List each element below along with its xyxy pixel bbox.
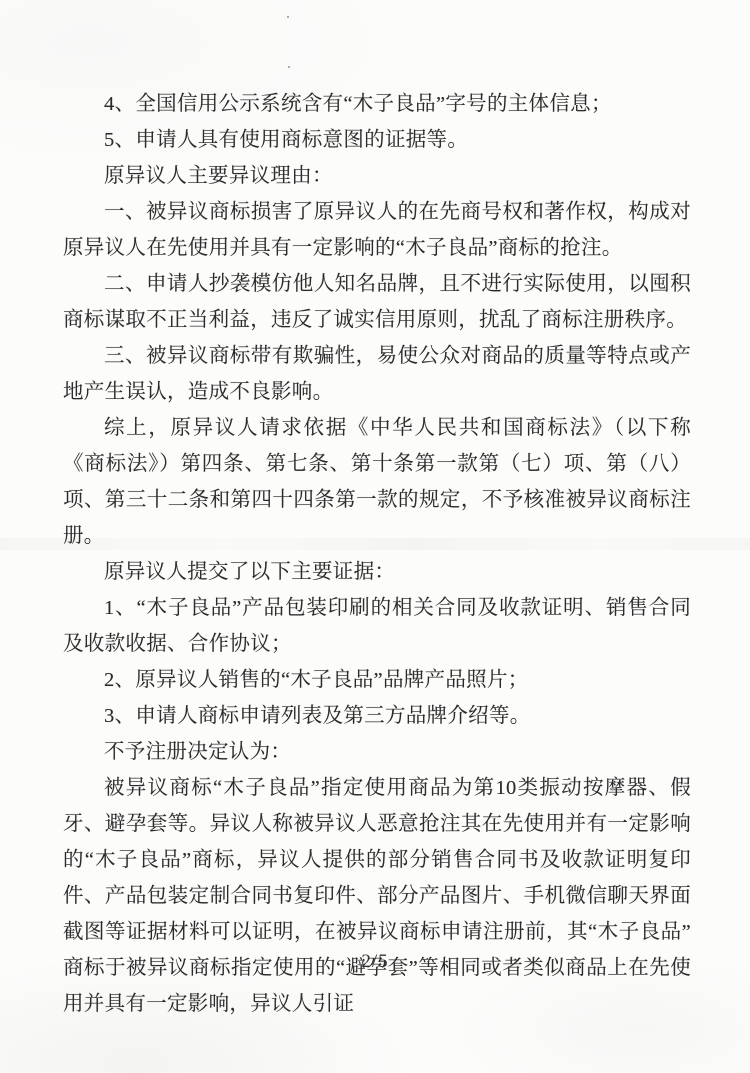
paragraph-reason-2: 二、申请人抄袭模仿他人知名品牌，且不进行实际使用，以囤积商标谋取不正当利益，违反… bbox=[63, 266, 691, 338]
page-number: 2/5 bbox=[0, 951, 750, 973]
paragraph-reason-1: 一、被异议商标损害了原异议人的在先商号权和著作权，构成对原异议人在先使用并具有一… bbox=[63, 194, 691, 266]
paragraph-item-4: 4、全国信用公示系统含有“木子良品”字号的主体信息； bbox=[63, 86, 691, 122]
scanned-document-page: 4、全国信用公示系统含有“木子良品”字号的主体信息； 5、申请人具有使用商标意图… bbox=[0, 0, 750, 1073]
scan-speck bbox=[287, 16, 289, 18]
paragraph-opposition-reasons-heading: 原异议人主要异议理由： bbox=[63, 158, 691, 194]
paragraph-item-5: 5、申请人具有使用商标意图的证据等。 bbox=[63, 122, 691, 158]
paragraph-evidence-2: 2、原异议人销售的“木子良品”品牌产品照片； bbox=[63, 662, 691, 698]
paragraph-decision-heading: 不予注册决定认为： bbox=[63, 734, 691, 770]
scan-speck bbox=[288, 66, 290, 68]
document-body: 4、全国信用公示系统含有“木子良品”字号的主体信息； 5、申请人具有使用商标意图… bbox=[63, 86, 691, 1022]
paragraph-summary-request: 综上，原异议人请求依据《中华人民共和国商标法》（以下称《商标法》）第四条、第七条… bbox=[63, 410, 691, 554]
paragraph-decision-body: 被异议商标“木子良品”指定使用商品为第10类振动按摩器、假牙、避孕套等。异议人称… bbox=[63, 770, 691, 1022]
paragraph-evidence-3: 3、申请人商标申请列表及第三方品牌介绍等。 bbox=[63, 698, 691, 734]
paragraph-evidence-heading: 原异议人提交了以下主要证据： bbox=[63, 554, 691, 590]
paragraph-evidence-1: 1、“木子良品”产品包装印刷的相关合同及收款证明、销售合同及收款收据、合作协议； bbox=[63, 590, 691, 662]
paragraph-reason-3: 三、被异议商标带有欺骗性，易使公众对商品的质量等特点或产地产生误认，造成不良影响… bbox=[63, 338, 691, 410]
